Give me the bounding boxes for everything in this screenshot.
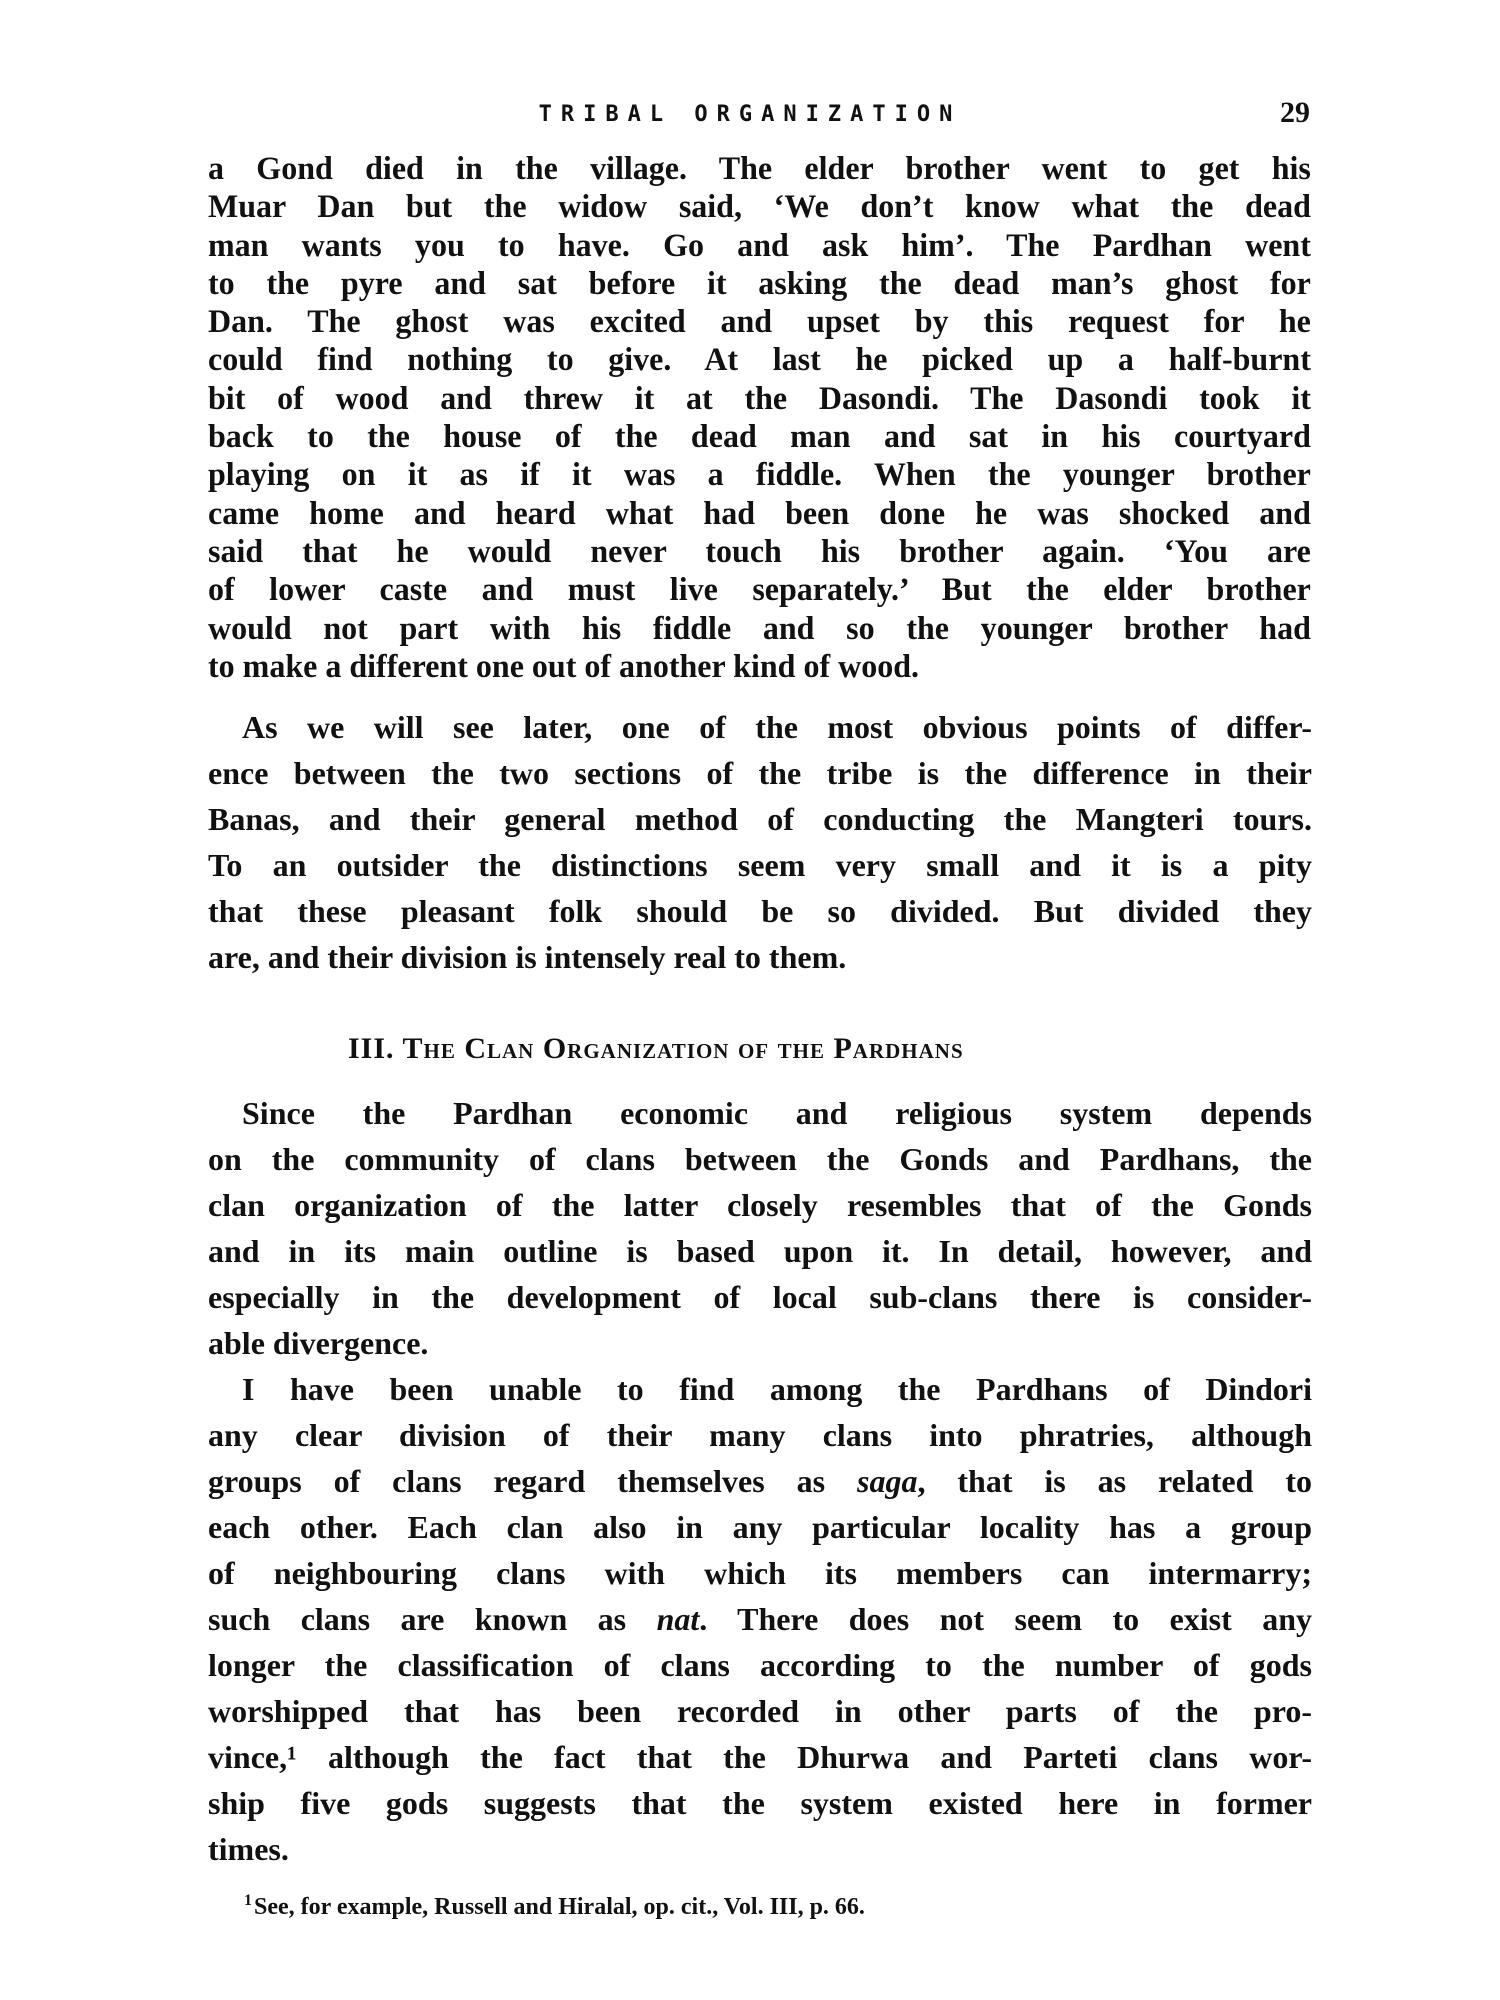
text-line: to the pyre and sat before it asking the…: [208, 265, 1311, 303]
footnote-text: See, for example, Russell and Hiralal, o…: [254, 1894, 865, 1920]
text-line: each other. Each clan also in any partic…: [208, 1504, 1312, 1550]
text-line: said that he would never touch his broth…: [208, 533, 1311, 571]
text-line: of neighbouring clans with which its mem…: [208, 1550, 1312, 1596]
text-line: back to the house of the dead man and sa…: [208, 418, 1311, 456]
text-line: to make a different one out of another k…: [208, 648, 1311, 686]
text-line: playing on it as if it was a fiddle. Whe…: [208, 456, 1311, 494]
text-line: worshipped that has been recorded in oth…: [208, 1688, 1312, 1734]
text-line: I have been unable to find among the Par…: [208, 1366, 1312, 1412]
running-title: TRIBAL ORGANIZATION: [200, 102, 1300, 127]
text-line: a Gond died in the village. The elder br…: [208, 150, 1311, 188]
text-line: are, and their division is intensely rea…: [208, 934, 1312, 980]
text-line: would not part with his fiddle and so th…: [208, 610, 1311, 648]
text-line: any clear division of their many clans i…: [208, 1412, 1312, 1458]
text-line: To an outsider the distinctions seem ver…: [208, 842, 1312, 888]
running-head: TRIBAL ORGANIZATION 29: [200, 96, 1320, 136]
text-line: ship five gods suggests that the system …: [208, 1780, 1312, 1826]
text-line: came home and heard what had been done h…: [208, 495, 1311, 533]
page-number: 29: [1280, 96, 1310, 130]
footnote: 1See, for example, Russell and Hiralal, …: [244, 1892, 865, 1921]
text-line: bit of wood and threw it at the Dasondi.…: [208, 380, 1311, 418]
book-page: TRIBAL ORGANIZATION 29 a Gond died in th…: [0, 0, 1500, 2000]
text-line: Dan. The ghost was excited and upset by …: [208, 303, 1311, 341]
text-line: Since the Pardhan economic and religious…: [208, 1090, 1312, 1136]
section-heading: III. The Clan Organization of the Pardha…: [348, 1032, 964, 1066]
text-line: and in its main outline is based upon it…: [208, 1228, 1312, 1274]
footnote-marker: 1: [244, 1892, 252, 1909]
text-line: clan organization of the latter closely …: [208, 1182, 1312, 1228]
text-line: vince,¹ although the fact that the Dhurw…: [208, 1734, 1312, 1780]
text-line: that these pleasant folk should be so di…: [208, 888, 1312, 934]
text-line: could find nothing to give. At last he p…: [208, 341, 1311, 379]
text-line: such clans are known as nat. There does …: [208, 1596, 1312, 1642]
text-line: times.: [208, 1826, 1312, 1872]
text-line: groups of clans regard themselves as sag…: [208, 1458, 1312, 1504]
text-line: Banas, and their general method of condu…: [208, 796, 1312, 842]
paragraph-divisions: As we will see later, one of the most ob…: [208, 704, 1312, 980]
paragraph-phratries: I have been unable to find among the Par…: [208, 1366, 1312, 1872]
text-line: longer the classification of clans accor…: [208, 1642, 1312, 1688]
text-line: of lower caste and must live separately.…: [208, 571, 1311, 609]
text-line: on the community of clans between the Go…: [208, 1136, 1312, 1182]
paragraph-anecdote: a Gond died in the village. The elder br…: [208, 150, 1312, 686]
text-line: As we will see later, one of the most ob…: [208, 704, 1312, 750]
text-line: especially in the development of local s…: [208, 1274, 1312, 1320]
paragraph-clan-organization: Since the Pardhan economic and religious…: [208, 1090, 1312, 1366]
text-line: man wants you to have. Go and ask him’. …: [208, 227, 1311, 265]
text-line: Muar Dan but the widow said, ‘We don’t k…: [208, 188, 1311, 226]
text-line: able divergence.: [208, 1320, 1312, 1366]
text-line: ence between the two sections of the tri…: [208, 750, 1312, 796]
